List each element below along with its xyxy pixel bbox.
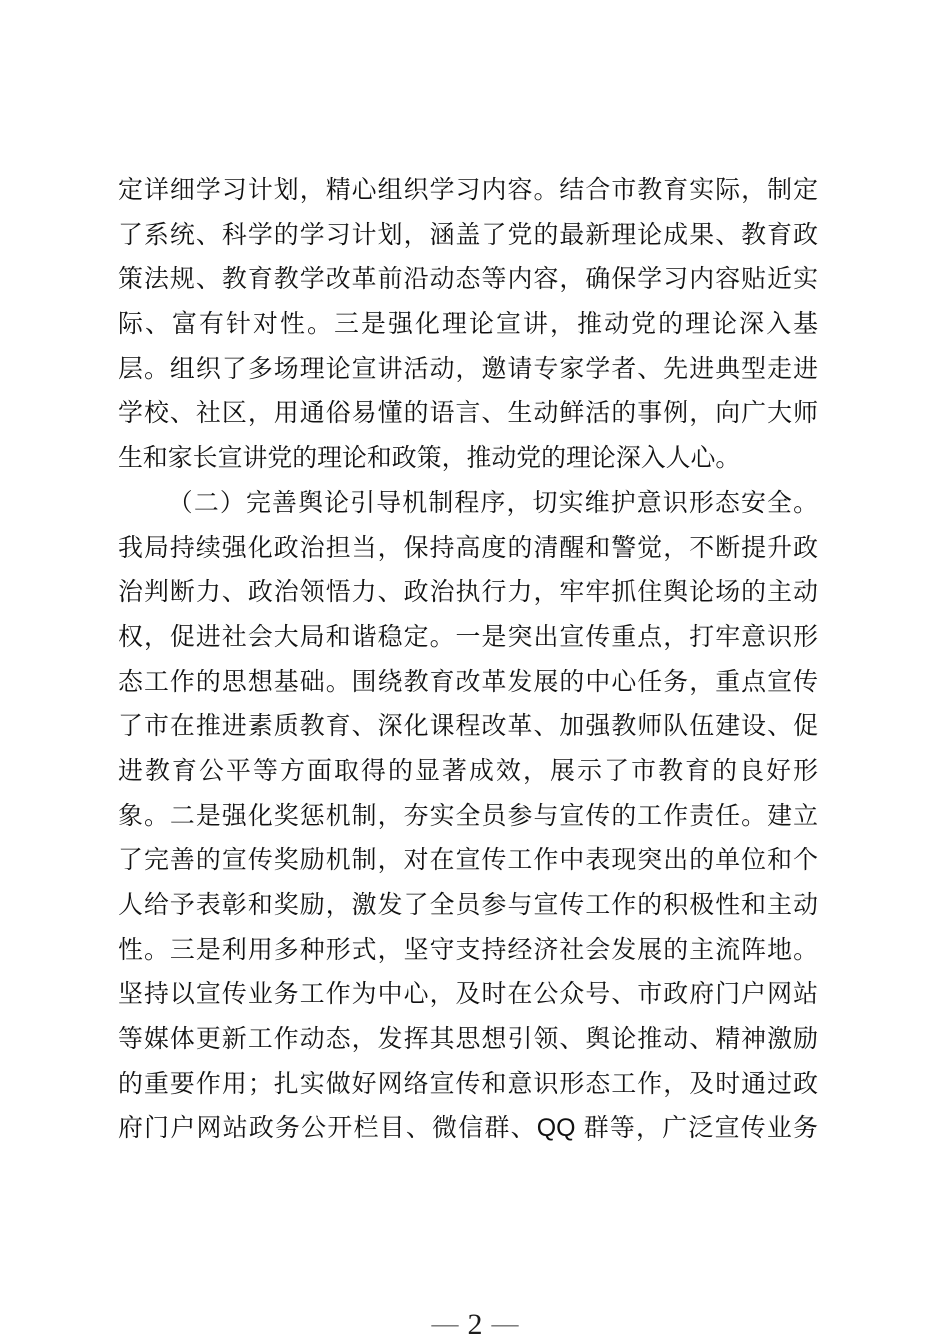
- paragraph: 定详细学习计划，精心组织学习内容。结合市教育实际，制定了系统、科学的学习计划，涵…: [118, 168, 818, 481]
- text-line: 生和家长宣讲党的理论和政策，推动党的理论深入人心。: [118, 436, 818, 481]
- text-line: 进教育公平等方面取得的显著成效，展示了市教育的良好形: [118, 749, 818, 794]
- text-line: 策法规、教育教学改革前沿动态等内容，确保学习内容贴近实: [118, 257, 818, 302]
- footer-dash-left: —: [432, 1308, 459, 1338]
- text-line: 人给予表彰和奖励，激发了全员参与宣传工作的积极性和主动: [118, 883, 818, 928]
- text-line: 等媒体更新工作动态，发挥其思想引领、舆论推动、精神激励: [118, 1017, 818, 1062]
- document-page: 定详细学习计划，精心组织学习内容。结合市教育实际，制定了系统、科学的学习计划，涵…: [0, 0, 950, 1344]
- text-line: 了完善的宣传奖励机制，对在宣传工作中表现突出的单位和个: [118, 838, 818, 883]
- text-line: 坚持以宣传业务工作为中心，及时在公众号、市政府门户网站: [118, 972, 818, 1017]
- text-line: 的重要作用；扎实做好网络宣传和意识形态工作，及时通过政: [118, 1062, 818, 1107]
- text-line: 态工作的思想基础。围绕教育改革发展的中心任务，重点宣传: [118, 660, 818, 705]
- text-line: 象。二是强化奖惩机制，夯实全员参与宣传的工作责任。建立: [118, 794, 818, 839]
- document-body: 定详细学习计划，精心组织学习内容。结合市教育实际，制定了系统、科学的学习计划，涵…: [118, 168, 818, 1151]
- text-line: （二）完善舆论引导机制程序，切实维护意识形态安全。: [118, 481, 818, 526]
- text-line: 际、富有针对性。三是强化理论宣讲，推动党的理论深入基: [118, 302, 818, 347]
- text-line: 了市在推进素质教育、深化课程改革、加强教师队伍建设、促: [118, 704, 818, 749]
- text-line: 了系统、科学的学习计划，涵盖了党的最新理论成果、教育政: [118, 213, 818, 258]
- text-line: 我局持续强化政治担当，保持高度的清醒和警觉，不断提升政: [118, 526, 818, 571]
- text-line: 权，促进社会大局和谐稳定。一是突出宣传重点，打牢意识形: [118, 615, 818, 660]
- text-line: 层。组织了多场理论宣讲活动，邀请专家学者、先进典型走进: [118, 347, 818, 392]
- text-line: 治判断力、政治领悟力、政治执行力，牢牢抓住舆论场的主动: [118, 570, 818, 615]
- text-line: 性。三是利用多种形式，坚守支持经济社会发展的主流阵地。: [118, 928, 818, 973]
- footer-dash-right: —: [492, 1308, 519, 1338]
- text-line: 府门户网站政务公开栏目、微信群、QQ 群等，广泛宣传业务: [118, 1106, 818, 1151]
- paragraph: （二）完善舆论引导机制程序，切实维护意识形态安全。我局持续强化政治担当，保持高度…: [118, 481, 818, 1151]
- text-line: 学校、社区，用通俗易懂的语言、生动鲜活的事例，向广大师: [118, 391, 818, 436]
- page-footer: —2—: [0, 1308, 950, 1342]
- text-line: 定详细学习计划，精心组织学习内容。结合市教育实际，制定: [118, 168, 818, 213]
- page-number: 2: [468, 1308, 483, 1341]
